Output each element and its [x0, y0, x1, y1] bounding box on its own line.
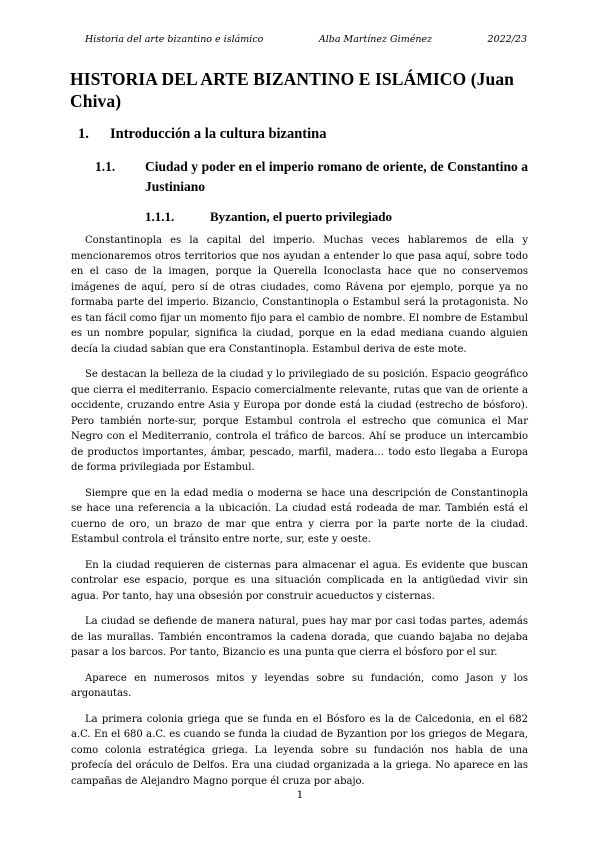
- page-header: Historia del arte bizantino e islámico A…: [71, 34, 527, 46]
- paragraph-1: Constantinopla es la capital del imperio…: [71, 233, 528, 357]
- heading-1-number: 1.: [78, 125, 110, 143]
- paragraph-7: La primera colonia griega que se funda e…: [71, 712, 528, 790]
- document-page: Historia del arte bizantino e islámico A…: [0, 0, 600, 848]
- header-author-name: Alba Martínez Giménez: [319, 34, 432, 46]
- page-number: 1: [0, 789, 600, 801]
- paragraph-3: Siempre que en la edad media o moderna s…: [71, 486, 528, 548]
- heading-2-text: Ciudad y poder en el imperio romano de o…: [145, 157, 528, 197]
- heading-1-text: Introducción a la cultura bizantina: [110, 125, 326, 143]
- document-title: HISTORIA DEL ARTE BIZANTINO E ISLÁMICO (…: [70, 68, 529, 112]
- paragraph-2: Se destacan la belleza de la ciudad y lo…: [71, 367, 528, 476]
- paragraph-5: La ciudad se defiende de manera natural,…: [71, 614, 528, 661]
- heading-level-1: 1. Introducción a la cultura bizantina: [78, 125, 528, 143]
- heading-3-text: Byzantion, el puerto privilegiado: [210, 208, 392, 225]
- heading-level-3: 1.1.1. Byzantion, el puerto privilegiado: [145, 208, 528, 225]
- paragraph-4: En la ciudad requieren de cisternas para…: [71, 558, 528, 605]
- paragraph-6: Aparece en numerosos mitos y leyendas so…: [71, 671, 528, 702]
- heading-2-number: 1.1.: [95, 157, 145, 197]
- heading-level-2: 1.1. Ciudad y poder en el imperio romano…: [95, 157, 528, 197]
- heading-3-number: 1.1.1.: [145, 208, 210, 225]
- header-course-name: Historia del arte bizantino e islámico: [85, 34, 263, 46]
- header-academic-year: 2022/23: [488, 34, 527, 46]
